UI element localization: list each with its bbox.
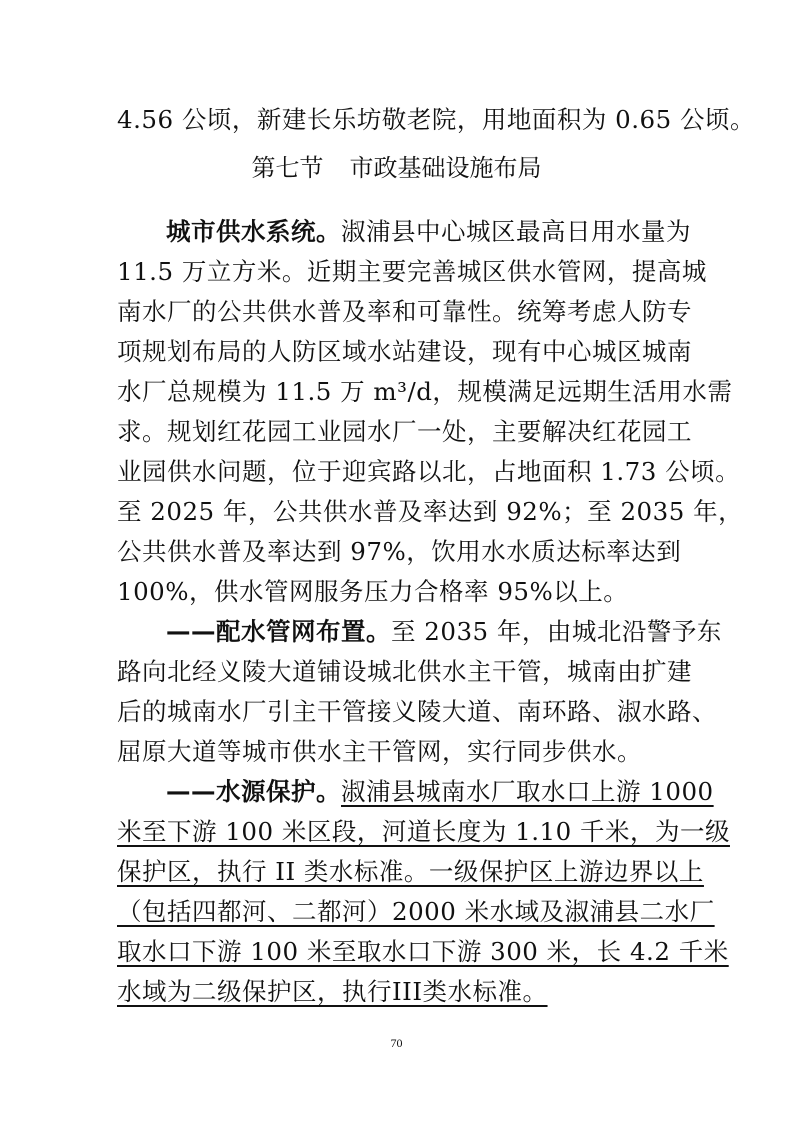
- section-heading: 第七节市政基础设施布局: [0, 148, 793, 188]
- paragraph-line: 水厂总规模为 11.5 万 m³/d，规模满足远期生活用水需: [117, 372, 677, 412]
- document-page: 4.56 公顷，新建长乐坊敬老院，用地面积为 0.65 公顷。 第七节市政基础设…: [0, 0, 793, 1122]
- paragraph-line: 11.5 万立方米。近期主要完善城区供水管网，提高城: [117, 252, 677, 292]
- section-title: 市政基础设施布局: [350, 154, 542, 182]
- paragraph-line: 屈原大道等城市供水主干管网，实行同步供水。: [117, 732, 677, 772]
- paragraph-line-underlined: 水域为二级保护区，执行III类水标准。: [117, 972, 677, 1012]
- paragraph-heading-water-supply: 城市供水系统。: [166, 217, 341, 246]
- paragraph-line: 后的城南水厂引主干管接义陵大道、南环路、淑水路、: [117, 692, 677, 732]
- section-number: 第七节: [252, 154, 324, 182]
- paragraph-line: 至 2025 年，公共供水普及率达到 92%；至 2035 年，: [117, 492, 677, 532]
- paragraph-line: 100%，供水管网服务压力合格率 95%以上。: [117, 572, 677, 612]
- paragraph-line: 业园供水问题，位于迎宾路以北，占地面积 1.73 公顷。: [117, 452, 677, 492]
- paragraph-line-underlined: （包括四都河、二都河）2000 米水域及淑浦县二水厂: [117, 892, 677, 932]
- paragraph-line: 南水厂的公共供水普及率和可靠性。统筹考虑人防专: [117, 292, 677, 332]
- paragraph-heading-distribution: ——配水管网布置。: [166, 617, 391, 646]
- paragraph-line: 项规划布局的人防区域水站建设，现有中心城区城南: [117, 332, 677, 372]
- opening-line: 4.56 公顷，新建长乐坊敬老院，用地面积为 0.65 公顷。: [117, 100, 677, 140]
- paragraph-water-supply-line-1: 城市供水系统。淑浦县中心城区最高日用水量为: [117, 212, 726, 252]
- paragraph-line: 求。规划红花园工业园水厂一处，主要解决红花园工: [117, 412, 677, 452]
- paragraph-line-underlined: 取水口下游 100 米至取水口下游 300 米，长 4.2 千米: [117, 932, 677, 972]
- paragraph-distribution-line-1: ——配水管网布置。至 2035 年，由城北沿警予东: [117, 612, 726, 652]
- paragraph-line-underlined: 保护区，执行 II 类水标准。一级保护区上游边界以上: [117, 852, 677, 892]
- paragraph-protection-line-1: ——水源保护。淑浦县城南水厂取水口上游 1000: [117, 772, 726, 812]
- paragraph-heading-protection: ——水源保护。: [166, 777, 341, 806]
- paragraph-line: 路向北经义陵大道铺设城北供水主干管，城南由扩建: [117, 652, 677, 692]
- paragraph-line-underlined: 米至下游 100 米区段，河道长度为 1.10 千米，为一级: [117, 812, 677, 852]
- page-number: 70: [0, 1036, 793, 1051]
- paragraph-line: 公共供水普及率达到 97%，饮用水水质达标率达到: [117, 532, 677, 572]
